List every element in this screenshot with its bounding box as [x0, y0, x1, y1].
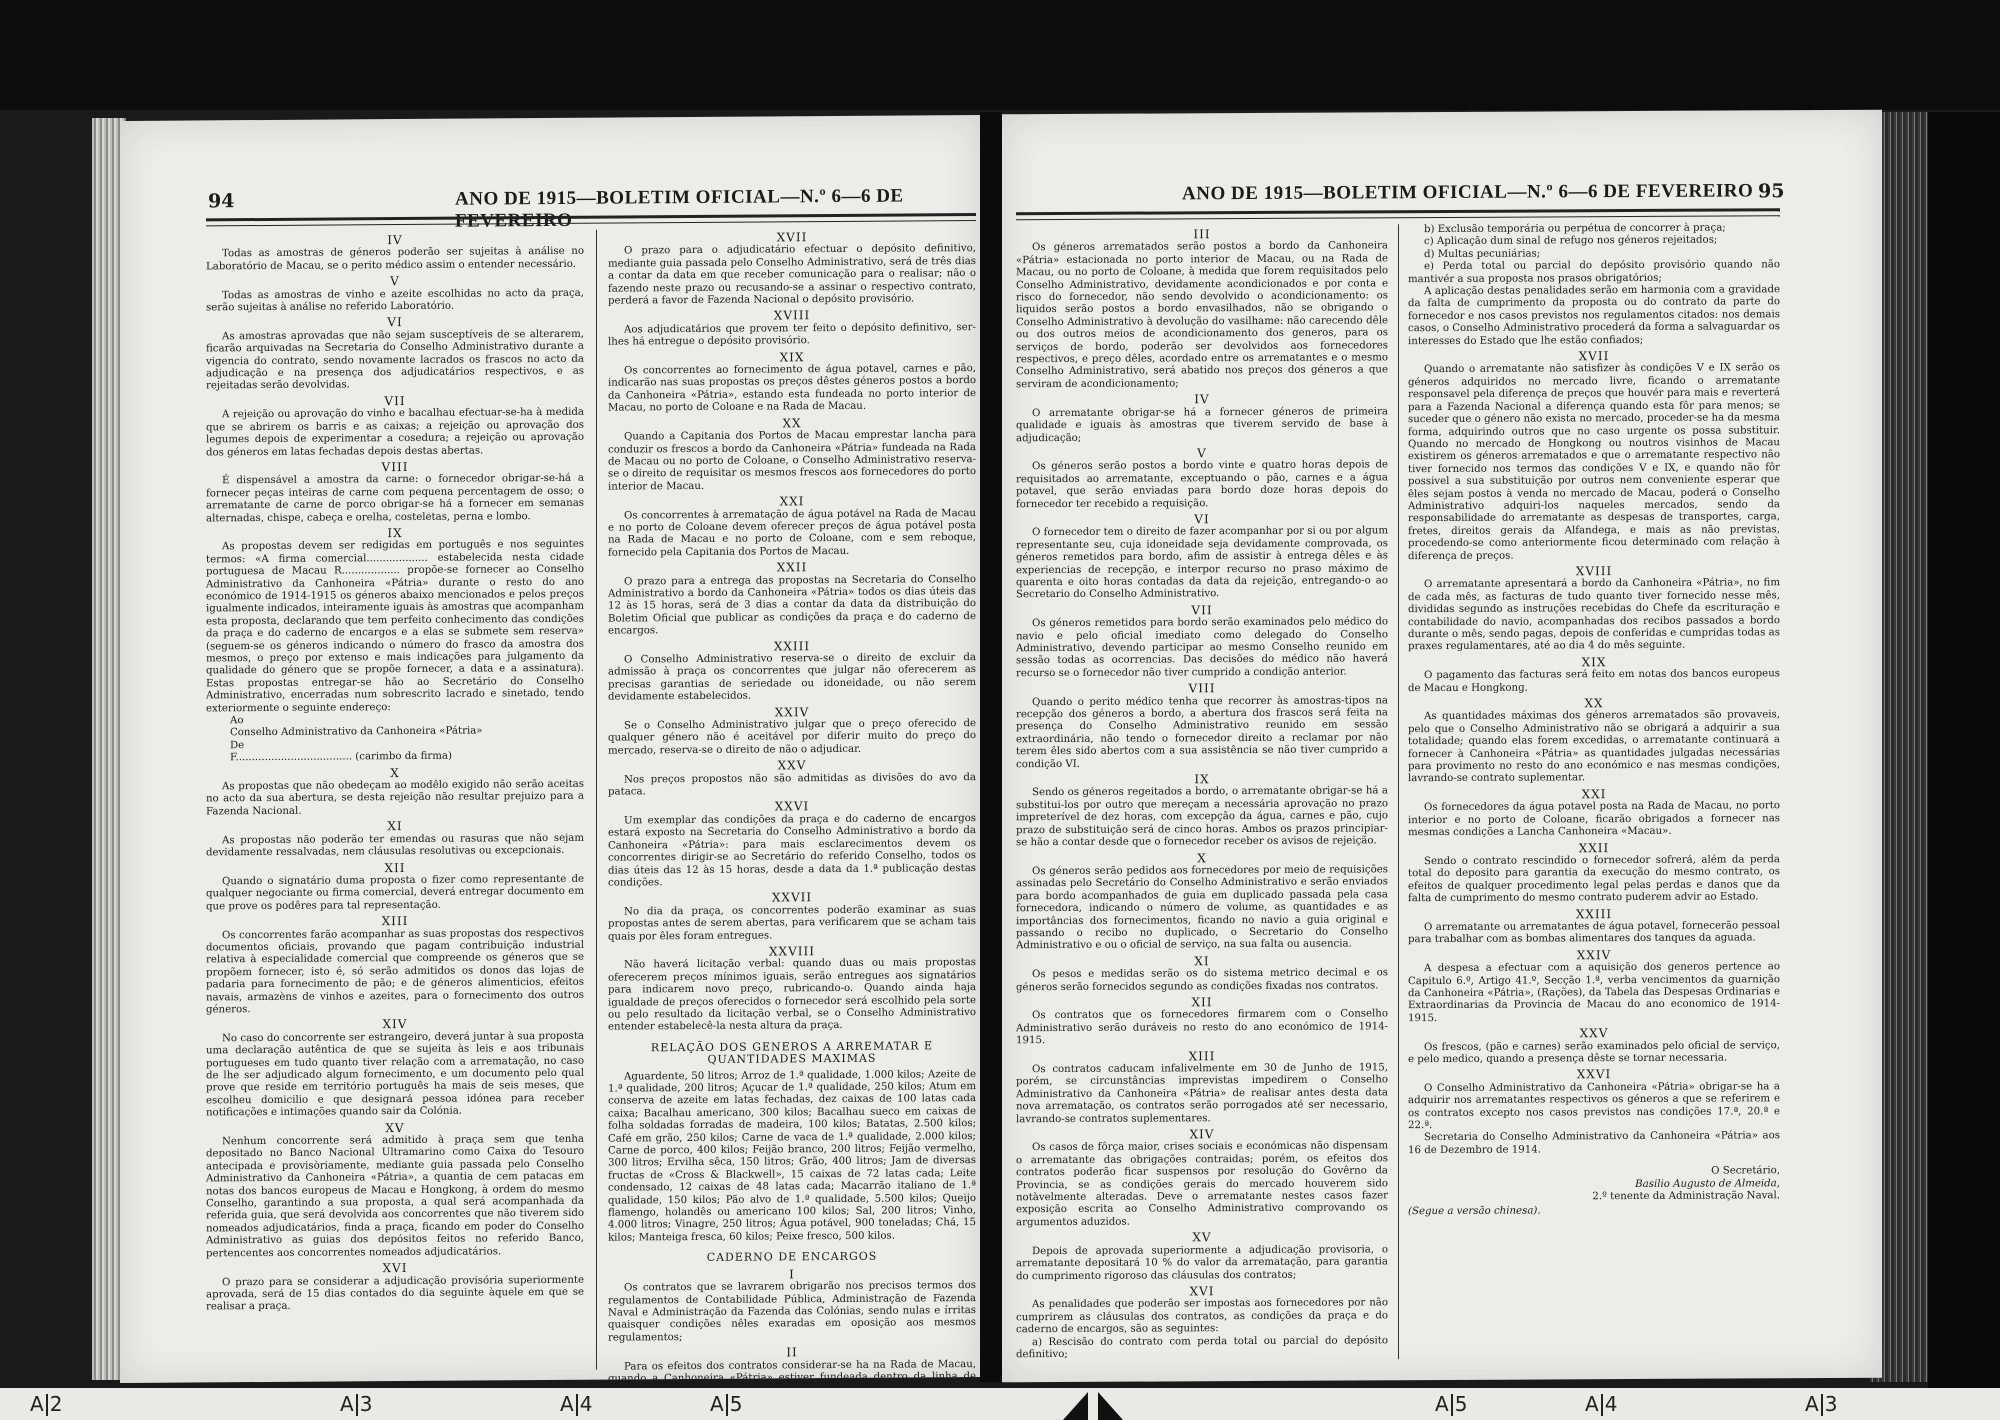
paragraph: Sendo o contrato rescindido o fornecedor… — [1408, 854, 1780, 906]
section-number: XV — [1016, 1231, 1388, 1245]
section-number: XII — [1016, 995, 1388, 1009]
signature-block: O Secretário, Basilio Augusto de Almeida… — [1408, 1165, 1780, 1204]
paragraph: Não haverá licitação verbal: quando duas… — [608, 957, 976, 1034]
paragraph: A rejeição ou aprovação do vinho e bacal… — [206, 407, 584, 459]
film-frame-mark: A4 — [560, 1392, 592, 1416]
paragraph: Os contratos caducam infalivelmente em 3… — [1016, 1062, 1388, 1126]
paragraph: Um exemplar das condições da praça e do … — [608, 813, 976, 890]
section-number: XIV — [206, 1017, 584, 1032]
paragraph: Os contratos que se lavrarem obrigarão n… — [608, 1280, 976, 1345]
film-frame-mark: A5 — [1435, 1392, 1467, 1416]
right-page: ANO DE 1915—BOLETIM OFICIAL—N.º 6—6 DE F… — [1002, 110, 1882, 1383]
section-number: XXII — [1408, 841, 1780, 855]
column-1: IVTodas as amostras de géneros poderão s… — [206, 230, 584, 1314]
section-number: VII — [1016, 603, 1388, 617]
paragraph: O pagamento das facturas será feito em n… — [1408, 668, 1780, 695]
paragraph: Os contratos que os fornecedores firmare… — [1016, 1009, 1388, 1048]
section-number: XX — [1408, 696, 1780, 710]
section-number: XXI — [608, 494, 976, 509]
paragraph: Se o Conselho Administrativo julgar que … — [608, 718, 976, 758]
paragraph: Os concorrentes à arrematação de água po… — [608, 508, 976, 560]
section-number: XVIII — [608, 308, 976, 323]
microfilm-bottom-strip — [0, 1388, 2000, 1420]
paragraph: O arrematante ou arrematantes de água po… — [1408, 920, 1780, 947]
section-number: XVIII — [1408, 564, 1780, 578]
section-number: VIII — [1016, 682, 1388, 696]
section-number: XIII — [206, 914, 584, 929]
paragraph: Os géneros serão pedidos aos fornecedore… — [1016, 864, 1388, 953]
paragraph: O Conselho Administrativo da Canhoneira … — [1408, 1081, 1780, 1133]
column-divider — [596, 230, 597, 1370]
paragraph: Secretaria do Conselho Administrativo da… — [1408, 1131, 1780, 1158]
paragraph: As penalidades que poderão ser impostas … — [1016, 1298, 1388, 1337]
section-number: III — [1016, 227, 1388, 241]
paragraph: Os concorrentes farão acompanhar as suas… — [206, 927, 584, 1016]
section-number: XII — [206, 860, 584, 875]
header-rule — [1016, 208, 1780, 220]
section-title: RELAÇÃO DOS GENEROS A ARREMATAR E QUANTI… — [608, 1040, 976, 1067]
section-title: CADERNO DE ENCARGOS — [608, 1250, 976, 1265]
section-number: XXIII — [1408, 907, 1780, 921]
paragraph: O Conselho Administrativo reserva-se o d… — [608, 652, 976, 704]
page-number: 95 — [1758, 180, 1784, 202]
paragraph: Quando a Capitania dos Portos de Macau e… — [608, 429, 976, 494]
section-number: XVII — [1408, 349, 1780, 363]
column-2: b) Exclusão temporária ou perpétua de co… — [1408, 222, 1780, 1219]
paragraph: O prazo para se considerar a adjudicação… — [206, 1274, 584, 1314]
page-number: 94 — [208, 190, 234, 212]
section-number: XX — [608, 416, 976, 431]
paragraph: A despesa a efectuar com a aquisição dos… — [1408, 961, 1780, 1025]
paragraph: A aplicação destas penalidades serão em … — [1408, 284, 1780, 348]
section-number: II — [608, 1345, 976, 1360]
section-number: XXVII — [608, 890, 976, 905]
paragraph: Depois de aprovada superiormente a adjud… — [1016, 1244, 1388, 1283]
section-number: IV — [1016, 393, 1388, 407]
section-number: XXV — [1408, 1026, 1780, 1040]
film-frame-mark: A5 — [710, 1392, 742, 1416]
paragraph: As amostras aprovadas que não sejam susc… — [206, 329, 584, 394]
section-number: XIX — [1408, 655, 1780, 669]
film-frame-mark: A3 — [340, 1392, 372, 1416]
address-line: F.................................... (c… — [230, 750, 584, 765]
film-frame-mark: A4 — [1585, 1392, 1617, 1416]
section-number: XXV — [608, 758, 976, 773]
paragraph: Sendo os géneros regeitados a bordo, o a… — [1016, 786, 1388, 850]
paragraph: Os concorrentes ao fornecimento de água … — [608, 363, 976, 415]
paragraph: As propostas devem ser redigidas em port… — [206, 539, 584, 715]
left-page: 94 ANO DE 1915—BOLETIM OFICIAL—N.º 6—6 D… — [120, 115, 980, 1383]
section-number: XXII — [608, 560, 976, 575]
section-number: XXIV — [608, 705, 976, 720]
section-number: XI — [1016, 954, 1388, 968]
section-number: XVI — [206, 1261, 584, 1276]
paragraph: O prazo para o adjudicatário efectuar o … — [608, 243, 976, 308]
paragraph: Nenhum concorrente será admitido à praça… — [206, 1134, 584, 1261]
section-number: V — [1016, 446, 1388, 460]
paragraph: Quando o perito médico tenha que recorre… — [1016, 695, 1388, 771]
paragraph: Todas as amostras de vinho e azeite esco… — [206, 287, 584, 314]
paragraph: Quando o arrematante não satisfizer às c… — [1408, 363, 1780, 563]
paragraph: Os fornecedores da água potavel posta na… — [1408, 801, 1780, 840]
column-divider — [1398, 224, 1399, 1359]
paragraph: As propostas que não obedeçam ao modêlo … — [206, 779, 584, 819]
section-number: XXVI — [608, 799, 976, 814]
paragraph: No caso do concorrente ser estrangeiro, … — [206, 1031, 584, 1120]
paragraph: O arrematante apresentará a bordo da Can… — [1408, 578, 1780, 654]
paragraph: Os casos de fôrça maior, crises sociais … — [1016, 1141, 1388, 1230]
section-number: VI — [1016, 512, 1388, 526]
paragraph: Quando o signatário duma proposta o fize… — [206, 874, 584, 914]
paragraph: As propostas não poderão ter emendas ou … — [206, 832, 584, 859]
microfilm-right-border — [1928, 112, 2000, 1388]
film-frame-mark: A3 — [1805, 1392, 1837, 1416]
paragraph: O fornecedor tem o direito de fazer acom… — [1016, 526, 1388, 602]
paragraph: Todas as amostras de géneros poderão ser… — [206, 246, 584, 273]
book-spine — [980, 112, 1002, 1382]
paragraph: Os frescos, (pão e carnes) serão examina… — [1408, 1040, 1780, 1067]
column-1: IIIOs géneros arrematados serão postos a… — [1016, 224, 1388, 1361]
section-number: VI — [206, 315, 584, 330]
paragraph: Os géneros arrematados serão postos a bo… — [1016, 241, 1388, 392]
paragraph: No dia da praça, os concorrentes poderão… — [608, 904, 976, 944]
section-number: X — [1016, 851, 1388, 865]
section-number: XXVI — [1408, 1068, 1780, 1082]
section-number: V — [206, 274, 584, 289]
paragraph: Os géneros serão postos a bordo vinte e … — [1016, 460, 1388, 512]
paragraph: As quantidades máximas dos géneros arrem… — [1408, 710, 1780, 786]
paragraph: a) Rescisão do contrato com perda total … — [1016, 1335, 1388, 1362]
paragraph: O arrematante obrigar-se há a fornecer g… — [1016, 406, 1388, 445]
signature-rank: 2.º tenente da Administração Naval. — [1408, 1190, 1780, 1204]
section-number: XXIII — [608, 639, 976, 654]
section-number: XI — [206, 819, 584, 834]
page-turn-arrows-icon — [1058, 1390, 1128, 1420]
section-number: XXI — [1408, 787, 1780, 801]
paragraph: Aguardente, 50 litros; Arroz de 1.ª qual… — [608, 1069, 976, 1245]
paragraph: É dispensável a amostra da carne: o forn… — [206, 473, 584, 525]
running-head: ANO DE 1915—BOLETIM OFICIAL—N.º 6—6 DE F… — [455, 185, 980, 233]
microfilm-top-border — [0, 0, 2000, 110]
paragraph: Aos adjudicatários que provem ter feito … — [608, 322, 976, 349]
section-number: XIV — [1016, 1127, 1388, 1141]
paragraph: Os pesos e medidas serão os do sistema m… — [1016, 967, 1388, 994]
section-number: XXIV — [1408, 948, 1780, 962]
film-frame-mark: A2 — [30, 1392, 62, 1416]
section-number: IX — [1016, 772, 1388, 786]
column-2: XVIIO prazo para o adjudicatário efectua… — [608, 227, 976, 1383]
section-number: XVI — [1016, 1284, 1388, 1298]
paragraph: e) Perda total ou parcial do depósito pr… — [1408, 259, 1780, 286]
paragraph: Nos preços propostos não são admitidas a… — [608, 772, 976, 799]
paragraph: Os géneros remetidos para bordo serão ex… — [1016, 616, 1388, 680]
paragraph: O prazo para a entrega das propostas na … — [608, 574, 976, 639]
section-number: XIII — [1016, 1049, 1388, 1063]
footnote: (Segue a versão chinesa). — [1408, 1205, 1780, 1219]
paragraph: Para os efeitos dos contratos considerar… — [608, 1359, 976, 1383]
running-head: ANO DE 1915—BOLETIM OFICIAL—N.º 6—6 DE F… — [1182, 180, 1753, 205]
